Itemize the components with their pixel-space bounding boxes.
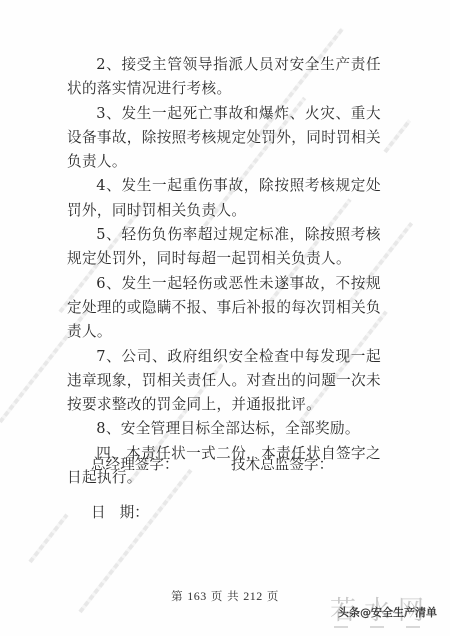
site-watermark-logo: 若水网 头条@安全生产清单 (330, 596, 442, 632)
footer-prefix: 第 (171, 589, 183, 603)
clause-7: 7、公司、政府组织安全检查中每发现一起违章现象，罚相关责任人。对查出的问题一次未… (67, 345, 381, 418)
technical-director-signature-label: 技术总监签字： (231, 455, 333, 475)
document-page: 2、接受主管领导指派人员对安全生产责任状的落实情况进行考核。 3、发生一起死亡事… (0, 0, 450, 636)
date-label-part1: 日 (91, 504, 106, 521)
watermark-stripe (383, 119, 411, 153)
footer-suffix: 页 (267, 589, 279, 603)
general-manager-signature-label: 总经理签字： (91, 455, 179, 475)
footer-total-word: 共 (227, 589, 239, 603)
current-page-number: 163 (187, 589, 207, 603)
document-body: 2、接受主管领导指派人员对安全生产责任状的落实情况进行考核。 3、发生一起死亡事… (67, 53, 381, 490)
clause-6: 6、发生一起轻伤或恶性未遂事故，不按规定处理的或隐瞒不报、事后补报的每次罚相关负… (67, 272, 381, 345)
date-row: 日期： (91, 503, 149, 523)
clause-4: 4、发生一起重伤事故，除按照考核规定处罚外，同时罚相关负责人。 (67, 174, 381, 223)
total-pages-number: 212 (243, 589, 263, 603)
watermark-underline (334, 626, 438, 628)
date-label-part2: 期： (120, 504, 149, 521)
footer-page-word: 页 (211, 589, 223, 603)
watermark-overlay-text: 头条@安全生产清单 (338, 606, 437, 620)
clause-3: 3、发生一起死亡事故和爆炸、火灾、重大设备事故，除按照考核规定处罚外，同时罚相关… (67, 102, 381, 175)
watermark-stripe (28, 513, 68, 563)
clause-2: 2、接受主管领导指派人员对安全生产责任状的落实情况进行考核。 (67, 53, 381, 102)
clause-8: 8、安全管理目标全部达标，全部奖励。 (67, 417, 381, 441)
clause-5: 5、轻伤负伤率超过规定标准，除按照考核规定处罚外，同时每超一起罚相关负责人。 (67, 223, 381, 272)
